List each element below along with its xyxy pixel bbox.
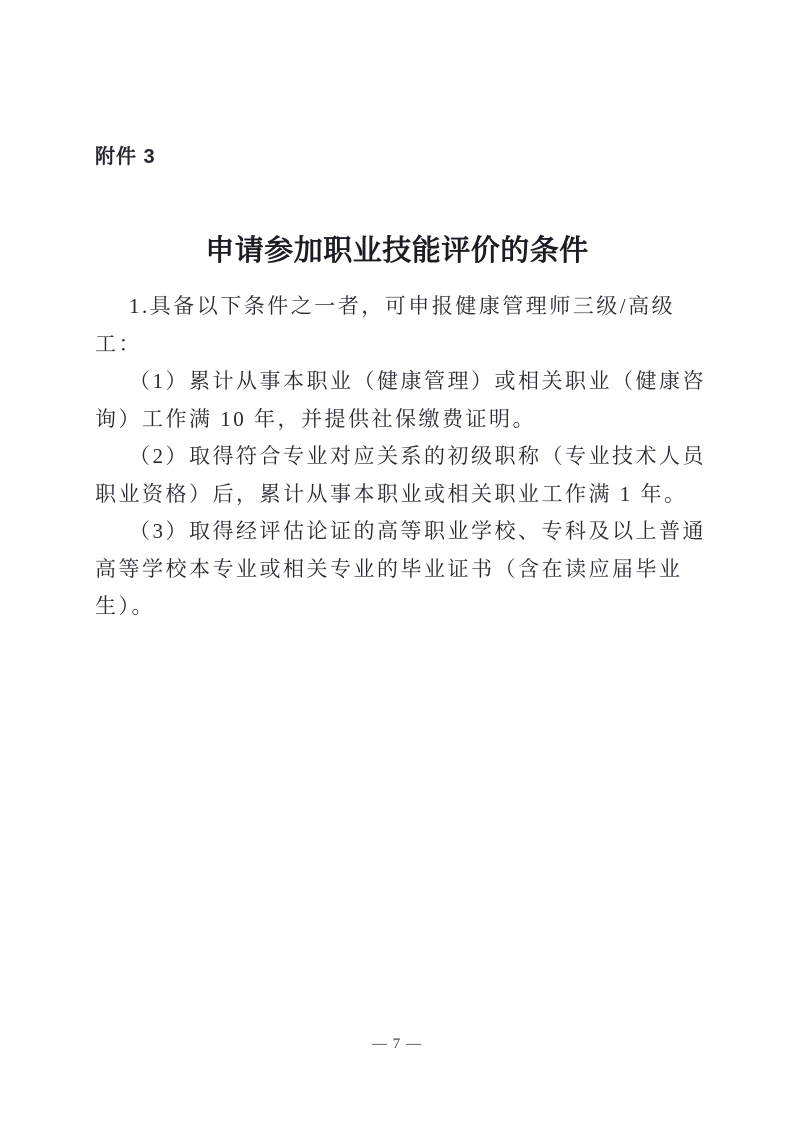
body-line: 生）。 xyxy=(95,588,704,626)
body-line: （1）累计从事本职业（健康管理）或相关职业（健康咨 xyxy=(95,363,704,401)
body-line: （3）取得经评估论证的高等职业学校、专科及以上普通 xyxy=(95,513,704,551)
document-title: 申请参加职业技能评价的条件 xyxy=(0,228,794,269)
body-line: （2）取得符合专业对应关系的初级职称（专业技术人员 xyxy=(95,438,704,476)
body-line: 1.具备以下条件之一者，可申报健康管理师三级/高级 xyxy=(95,288,704,326)
document-body: 1.具备以下条件之一者，可申报健康管理师三级/高级 工： （1）累计从事本职业（… xyxy=(95,288,704,626)
body-line: 高等学校本专业或相关专业的毕业证书（含在读应届毕业 xyxy=(95,551,704,589)
page-number: — 7 — xyxy=(0,1036,794,1053)
body-line: 询）工作满 10 年，并提供社保缴费证明。 xyxy=(95,401,704,439)
body-line: 职业资格）后，累计从事本职业或相关职业工作满 1 年。 xyxy=(95,476,704,514)
document-page: 附件 3 申请参加职业技能评价的条件 1.具备以下条件之一者，可申报健康管理师三… xyxy=(0,0,794,1123)
body-line: 工： xyxy=(95,326,704,364)
attachment-label: 附件 3 xyxy=(95,140,156,169)
